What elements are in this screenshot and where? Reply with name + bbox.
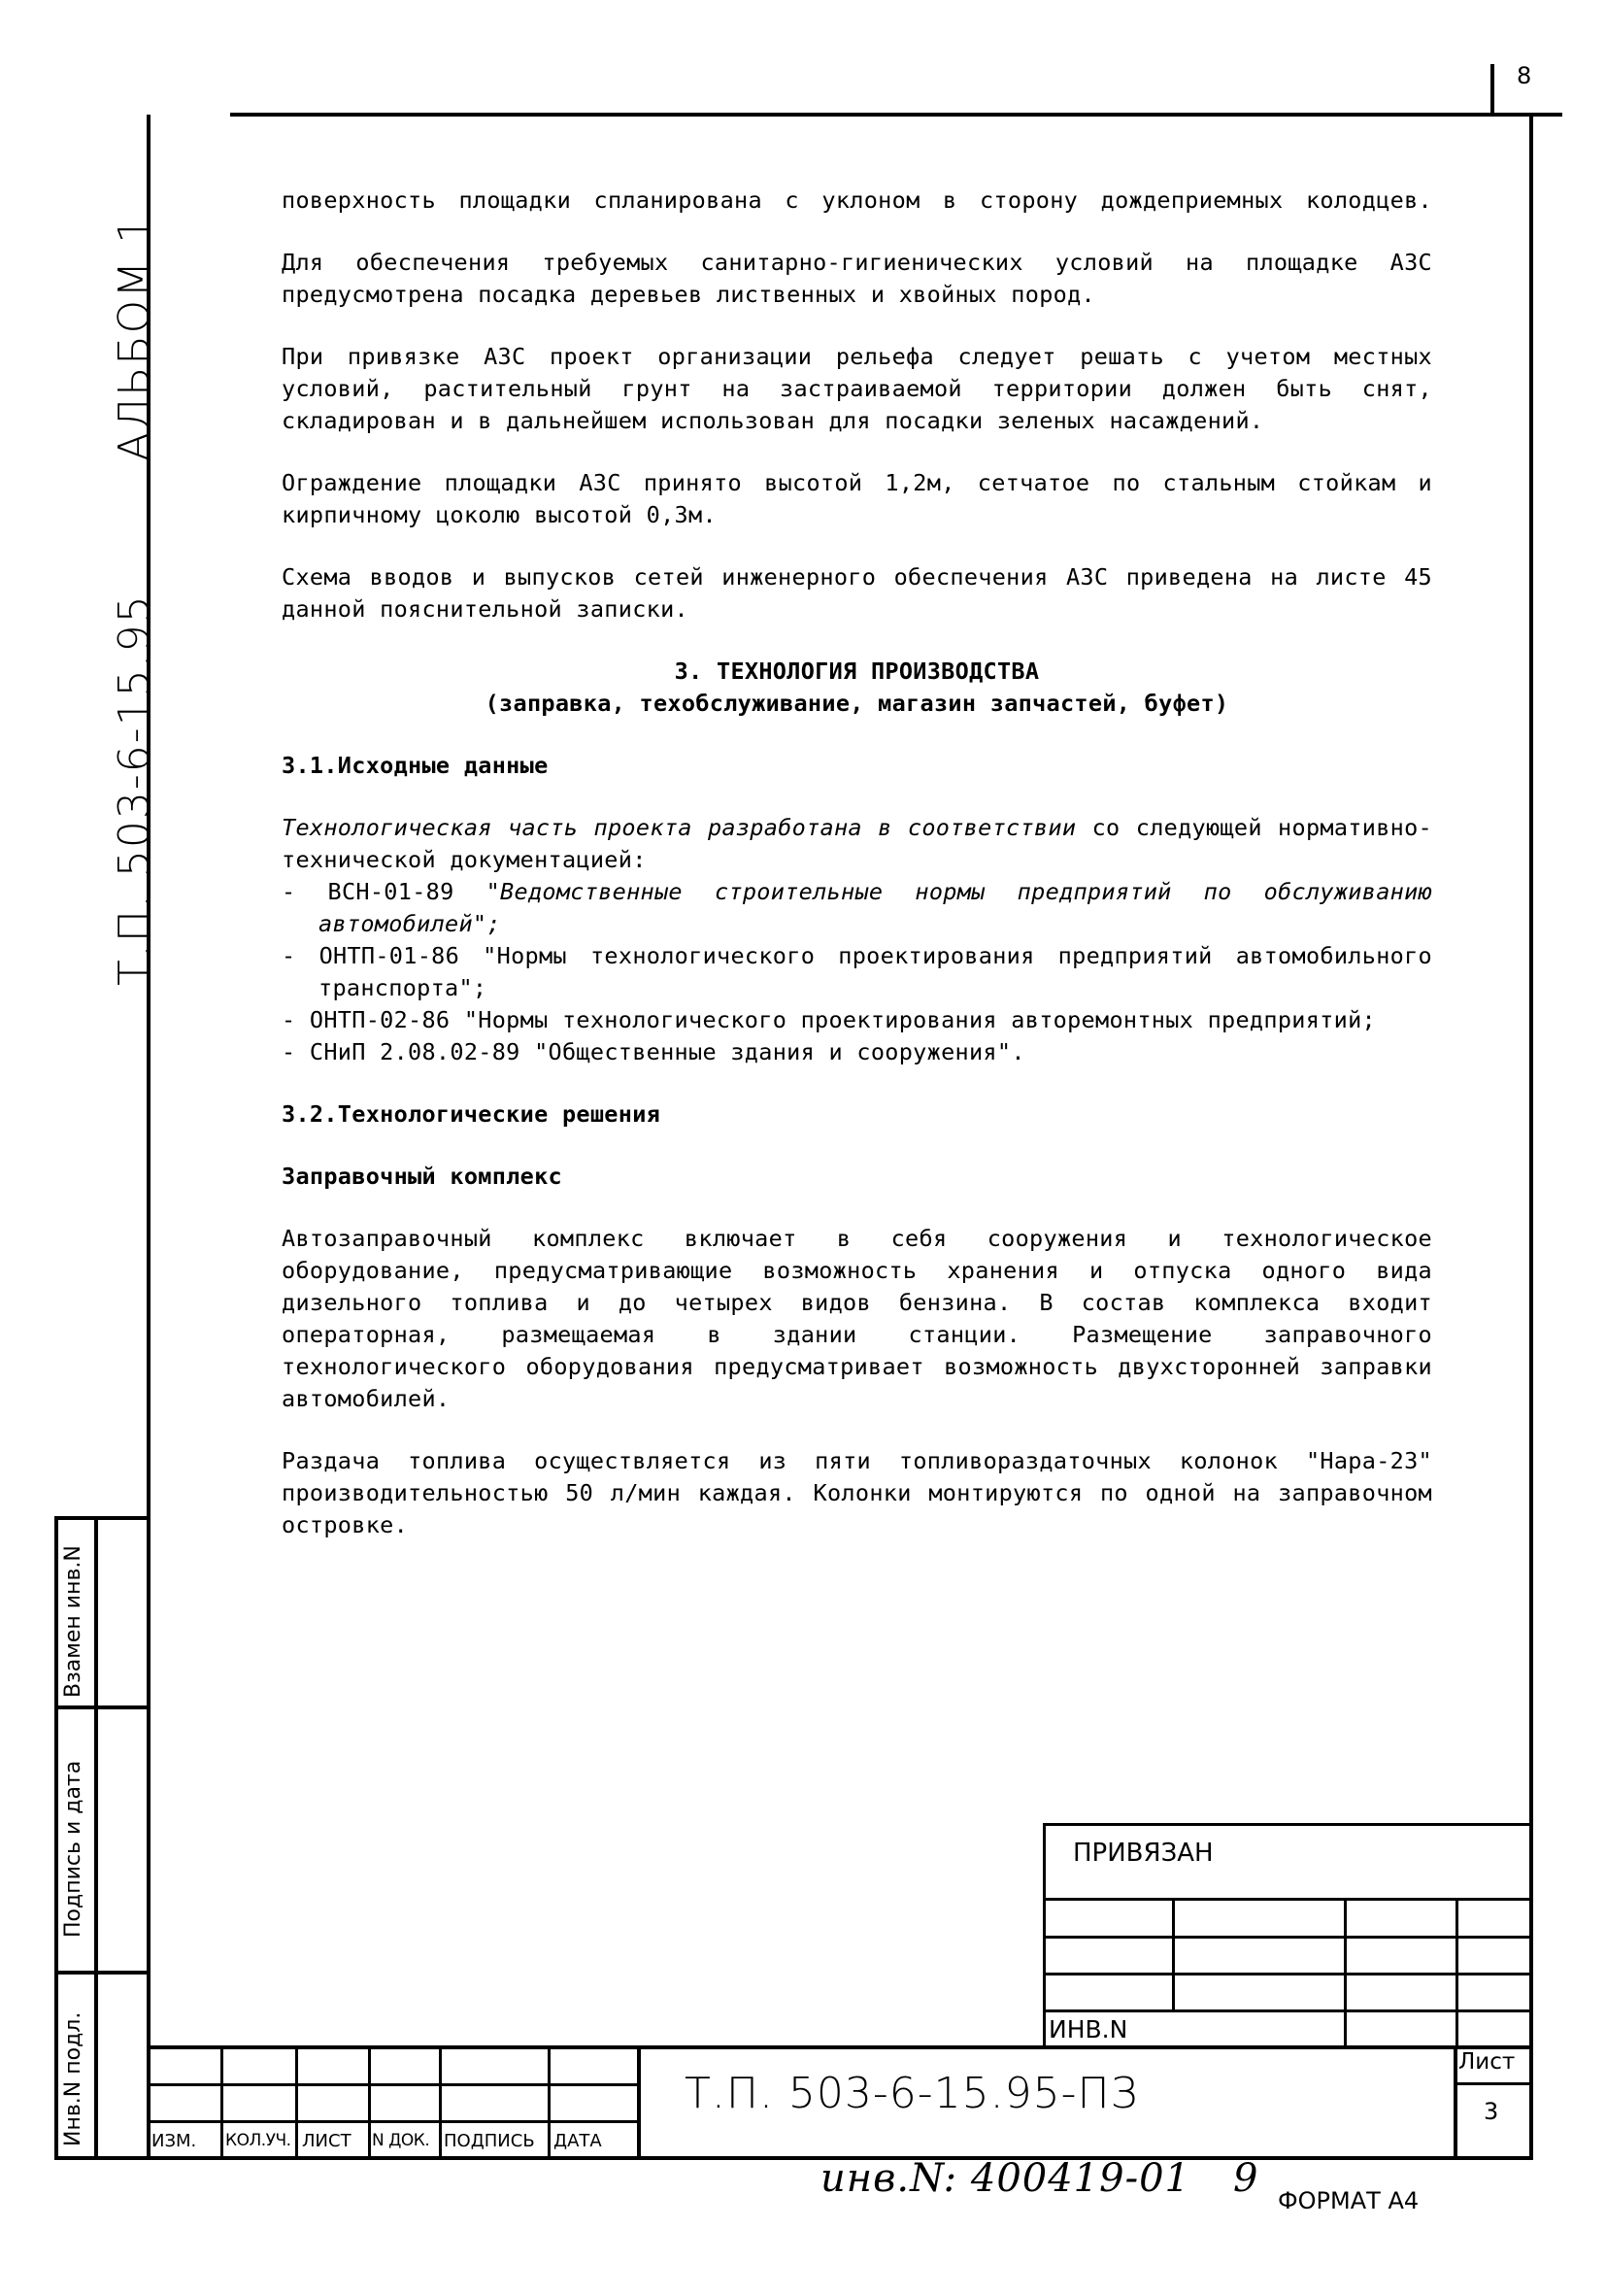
norm-code: - ОНТП-02-86 (282, 1006, 464, 1033)
bound-label: ПРИВЯЗАН (1073, 1839, 1214, 1868)
sheet-label: Лист (1458, 2049, 1515, 2075)
paragraph: Для обеспечения требуемых санитарно-гиги… (282, 247, 1432, 311)
paragraph: Раздача топлива осуществляется из пяти т… (282, 1445, 1432, 1541)
bound-stamp-col2 (1344, 1898, 1347, 2048)
inv-label: ИНВ.N (1049, 2015, 1127, 2043)
list-item: - ОНТП-01-86 "Нормы технологического про… (282, 940, 1432, 1004)
document-body: поверхность площадки спланирована с укло… (282, 185, 1432, 1571)
side-stamp-top (54, 1516, 150, 1520)
bound-stamp-col3 (1455, 1898, 1458, 2048)
col-izm: ИЗМ. (151, 2131, 196, 2151)
rev-col4 (439, 2045, 442, 2158)
bound-stamp-top (1043, 1823, 1531, 1826)
frame-bottom-line (54, 2156, 1533, 2160)
paragraph: Автозаправочный комплекс включает в себя… (282, 1223, 1432, 1415)
side-stamp-mid (94, 1517, 98, 2158)
list-item: - ВСН-01-89 "Ведомственные строительные … (282, 876, 1432, 940)
col-kol-uch: КОЛ.УЧ. (225, 2131, 291, 2150)
norm-title: "Общественные здания и сооружения". (534, 1038, 1025, 1065)
section-heading: 3. ТЕХНОЛОГИЯ ПРОИЗВОДСТВА (заправка, те… (282, 656, 1432, 720)
sheet-row-divider (1454, 2082, 1531, 2085)
paragraph: Схема вводов и выпусков сетей инженерног… (282, 561, 1432, 625)
page-number-divider (1490, 64, 1494, 117)
side-stamp-inv-original: Инв.N подл. (61, 2012, 85, 2146)
bound-stamp-col1 (1172, 1898, 1175, 2010)
side-stamp-div2 (54, 1971, 150, 1975)
handwritten-inventory-number: инв.N: 400419-01 (820, 2156, 1190, 2201)
col-n-dok: N ДОК. (372, 2131, 429, 2150)
document-code: Т.П. 503-6-15.95-ПЗ (685, 2069, 1139, 2118)
norm-title: "Нормы технологического проектирования п… (318, 942, 1432, 1001)
norm-code: - СНиП 2.08.02-89 (282, 1038, 534, 1065)
norm-code: - ОНТП-01-86 (282, 942, 483, 969)
col-podpis: ПОДПИСЬ (444, 2131, 535, 2151)
norms-intro-italic: Технологическая часть проекта разработан… (282, 814, 1076, 841)
paragraph: Ограждение площадки АЗС принято высотой … (282, 467, 1432, 531)
subsection-title: 3.1.Исходные данные (282, 750, 1432, 782)
page-number: 8 (1517, 62, 1531, 89)
norm-title: "Нормы технологического проектирования а… (464, 1006, 1376, 1033)
norms-list: - ВСН-01-89 "Ведомственные строительные … (282, 876, 1432, 1068)
title-block-divider (637, 2045, 641, 2160)
rev-col3 (368, 2045, 371, 2158)
list-item: - ОНТП-02-86 "Нормы технологического про… (282, 1004, 1432, 1036)
side-album-label: АЛЬБОМ 1 (110, 215, 159, 461)
norm-code: - ВСН-01-89 (282, 878, 486, 905)
rev-col5 (548, 2045, 551, 2158)
side-stamp-div1 (54, 1705, 150, 1709)
rev-col2 (295, 2045, 298, 2158)
title-block-top (147, 2045, 1533, 2049)
norms-intro: Технологическая часть проекта разработан… (282, 812, 1432, 876)
sheet-col-divider (1454, 2045, 1457, 2160)
paper-format: ФОРМАТ А4 (1278, 2187, 1419, 2214)
section-subtitle: (заправка, техобслуживание, магазин запч… (282, 688, 1432, 720)
col-data: ДАТА (553, 2131, 602, 2151)
subsection-title: 3.2.Технологические решения (282, 1098, 1432, 1131)
section-title: 3. ТЕХНОЛОГИЯ ПРОИЗВОДСТВА (282, 656, 1432, 688)
col-list: ЛИСТ (302, 2131, 351, 2151)
side-stamp-left (54, 1517, 58, 2158)
norm-title: "Ведомственные строительные нормы предпр… (318, 878, 1432, 937)
frame-top-line (230, 113, 1562, 117)
frame-right-line (1529, 115, 1533, 2160)
paragraph: При привязке АЗС проект организации рель… (282, 341, 1432, 437)
rev-col1 (220, 2045, 223, 2158)
side-project-code: Т.П. 503-6-15.95 (110, 593, 159, 986)
list-item: - СНиП 2.08.02-89 "Общественные здания и… (282, 1036, 1432, 1068)
side-stamp-replaced-inv: Взамен инв.N (61, 1545, 85, 1698)
paragraph: поверхность площадки спланирована с укло… (282, 185, 1432, 217)
sheet-number: 3 (1484, 2098, 1498, 2125)
handwritten-mark: 9 (1233, 2156, 1258, 2201)
subsection-title: Заправочный комплекс (282, 1161, 1432, 1193)
side-stamp-signature-date: Подпись и дата (61, 1761, 85, 1938)
